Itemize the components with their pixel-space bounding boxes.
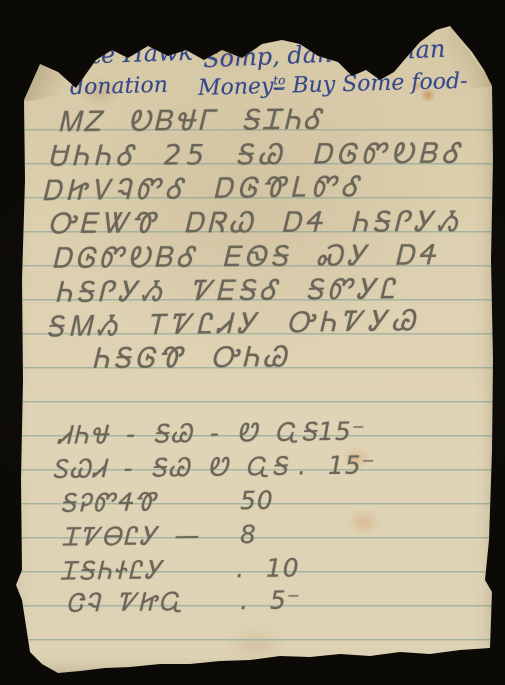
header-name: Pete Hawk — [62, 38, 194, 71]
syllabary-line: ᎠᏥᏙᎸᏛᎴ ᎠᎶᏡᏞᏛᎴ — [42, 170, 364, 208]
ledger-row: ᏣᎸ ᏤᏥᏩ . 5⁻ — [0, 582, 505, 623]
ledger-item-label: ᎦᎮᏛᏎᏡ — [60, 487, 158, 518]
header-money-line: Moneyto Buy Some food- — [198, 68, 468, 100]
ledger-item-amount: 15⁻ — [318, 416, 366, 446]
ledger-item-label: ᏚᏇᏗ - ᎦᏊ Ꮼ ᏩᎦ — [52, 451, 290, 484]
photo-background: Pete Hawk Somp, dance Indian donation Mo… — [0, 0, 505, 685]
ledger-item-amount: . 5⁻ — [240, 585, 301, 615]
header-donation: donation — [70, 73, 169, 101]
ledger-item-label: ᏆᏤᎾᏝᎩ — — [62, 521, 202, 553]
syllabary-line: ᎤᎬᏔᏡ ᎠᏒᏇ ᎠᏎ ᏂᎦᎵᎩᏱ — [48, 205, 461, 241]
ledger-item-label: ᏣᎸ ᏤᏥᏩ — [66, 587, 185, 619]
ledger-item-label: ᏆᎦᏂᏐᏝᎩ — [60, 555, 164, 586]
ledger-item-amount: . 15⁻ — [298, 450, 376, 480]
header-money-word: Money — [198, 74, 274, 101]
syllabary-line: ᎷᏃ ᎧᏴᏠᎱ ᎦᏆᏂᎴ — [58, 103, 324, 140]
ledger-item-amount: 8 — [240, 520, 257, 549]
syllabary-line: ᎠᎶᏛᎧᏴᎴ ᎬᏫᎦ ᏍᎩ ᎠᏎ — [52, 238, 440, 275]
ledger-item-label: ᏗᏂᏠ - ᎦᏊ - Ꮼ ᏩᎦ — [58, 417, 319, 451]
header-title: Somp, dance Indian — [203, 35, 446, 74]
ledger-item-amount: . 10 — [236, 553, 300, 583]
syllabary-line: ᏂᎦᎶᏡ ᎤᏂᏊ — [92, 340, 291, 376]
paper-sheet: Pete Hawk Somp, dance Indian donation Mo… — [0, 0, 505, 685]
syllabary-line: ᏌᏂᏂᎴ 25 ᎦᏊ ᎠᎶᏛᎧᏴᎴ — [48, 137, 464, 174]
ledger-item-amount: 50 — [240, 486, 274, 515]
header-money-superscript: to — [273, 73, 285, 88]
syllabary-line: ᎦᎷᏱ ᎢᏤᏝᏗᎩ ᎤᏂᏤᎩᏊ — [46, 304, 421, 345]
header-money-rest: Buy Some food- — [292, 69, 468, 99]
